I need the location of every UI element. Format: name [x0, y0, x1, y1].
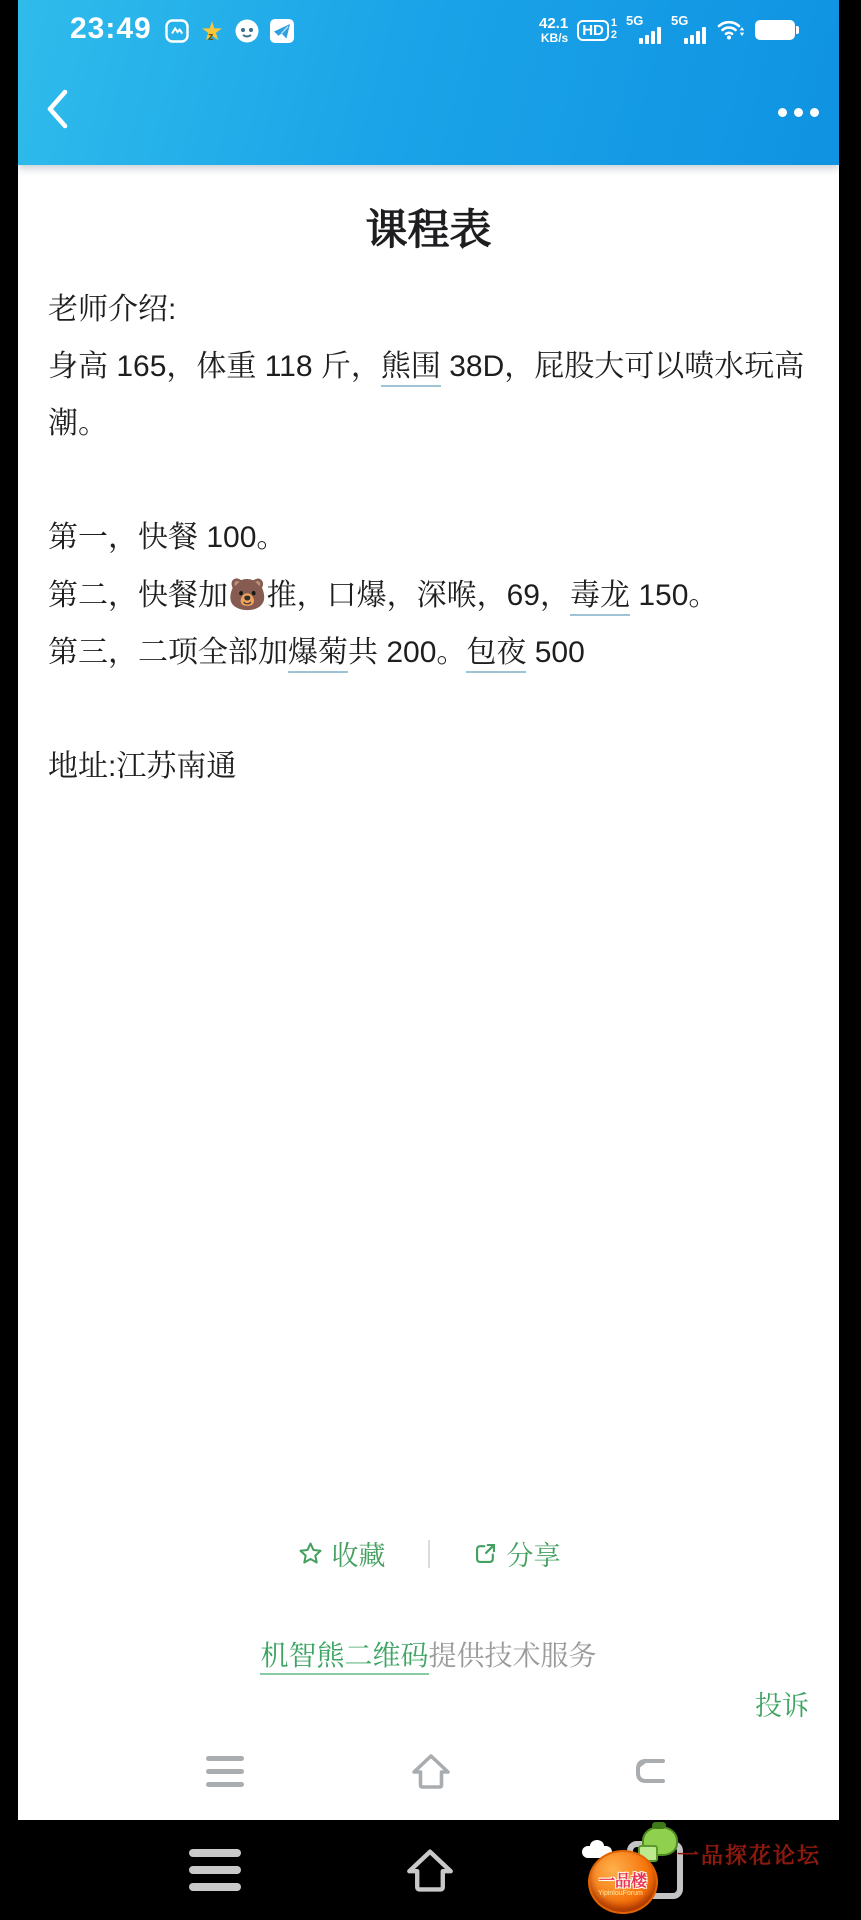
underlined-word: 熊围 [381, 350, 441, 387]
collect-label: 收藏 [332, 1534, 386, 1573]
service-provider-line: 机智熊二维码提供技术服务 [18, 1634, 839, 1674]
app-notification-icon [164, 18, 190, 44]
blank-line [48, 452, 809, 509]
underlined-word: 毒龙 [570, 579, 630, 616]
return-button[interactable] [625, 1748, 671, 1794]
network-speed: 42.1 KB/s [539, 16, 568, 44]
home-icon [408, 1748, 454, 1794]
return-icon [625, 1748, 671, 1794]
menu-button[interactable] [202, 1748, 248, 1794]
price-item-2: 第二，快餐加🐻推，口爆，深喉，69，毒龙 150。 [48, 566, 809, 624]
logo-ellipse: 一品楼 YipinlouForum [588, 1850, 658, 1914]
blank-line [48, 681, 809, 738]
service-provider-link[interactable]: 机智熊二维码 [260, 1640, 428, 1675]
service-provider-suffix: 提供技术服务 [429, 1640, 597, 1671]
vertical-divider [428, 1540, 430, 1568]
forum-name-watermark: 一品探花论坛 [677, 1839, 821, 1870]
document-body: 课程表 老师介绍: 身高 165，体重 118 斤，熊围 38D，屁股大可以喷水… [18, 199, 839, 795]
system-menu-icon [189, 1849, 241, 1891]
status-indicators: 42.1 KB/s HD 12 5G 5G [539, 14, 799, 46]
star-icon [297, 1540, 324, 1567]
menu-icon [206, 1756, 244, 1787]
app-header: 23:49 ★z 42.1 KB/s HD [18, 0, 839, 165]
wifi-icon [716, 18, 746, 42]
action-bar: 收藏 分享 [18, 1534, 839, 1573]
underlined-word: 爆菊 [288, 636, 348, 673]
collect-button[interactable]: 收藏 [297, 1534, 386, 1573]
more-options-button[interactable] [778, 108, 819, 117]
back-button[interactable] [42, 86, 72, 132]
forum-logo-watermark: 一品楼 YipinlouForum [586, 1824, 686, 1920]
battery-icon [755, 20, 795, 40]
logo-title: 一品楼 [599, 1868, 647, 1891]
system-menu-button[interactable] [187, 1842, 243, 1898]
home-button[interactable] [408, 1748, 454, 1794]
price-item-1: 第一，快餐 100。 [48, 509, 809, 566]
share-label: 分享 [507, 1534, 561, 1573]
screenshot-black-frame: 23:49 ★z 42.1 KB/s HD [0, 0, 861, 1920]
sim1-signal-icon: 5G [626, 14, 662, 46]
sim2-signal-icon: 5G [671, 14, 707, 46]
face-app-icon [234, 18, 260, 44]
teapot-graphic [642, 1826, 678, 1856]
underlined-word: 包夜 [466, 636, 526, 673]
system-home-button[interactable] [402, 1842, 458, 1898]
telegram-icon [269, 18, 295, 44]
notification-icons: ★z [164, 18, 295, 44]
intro-label: 老师介绍: [48, 281, 809, 338]
app-screen: 23:49 ★z 42.1 KB/s HD [18, 0, 839, 1820]
page-nav-bar [18, 1738, 839, 1808]
page-title: 课程表 [48, 199, 809, 261]
share-button[interactable]: 分享 [472, 1534, 561, 1573]
share-icon [472, 1540, 499, 1567]
logo-subtitle: YipinlouForum [598, 1890, 643, 1897]
price-item-3: 第三，二项全部加爆菊共 200。包夜 500 [48, 624, 809, 681]
system-home-icon [402, 1842, 458, 1898]
complaint-link[interactable]: 投诉 [755, 1684, 809, 1723]
system-nav-bar [0, 1820, 861, 1920]
address-line: 地址:江苏南通 [48, 738, 809, 795]
intro-line: 身高 165，体重 118 斤，熊围 38D，屁股大可以喷水玩高潮。 [48, 338, 809, 452]
qzone-star-icon: ★z [199, 18, 225, 44]
clock: 23:49 [70, 12, 152, 46]
hd-voice-icon: HD 12 [577, 18, 617, 41]
bear-emoji: 🐻 [228, 577, 267, 612]
